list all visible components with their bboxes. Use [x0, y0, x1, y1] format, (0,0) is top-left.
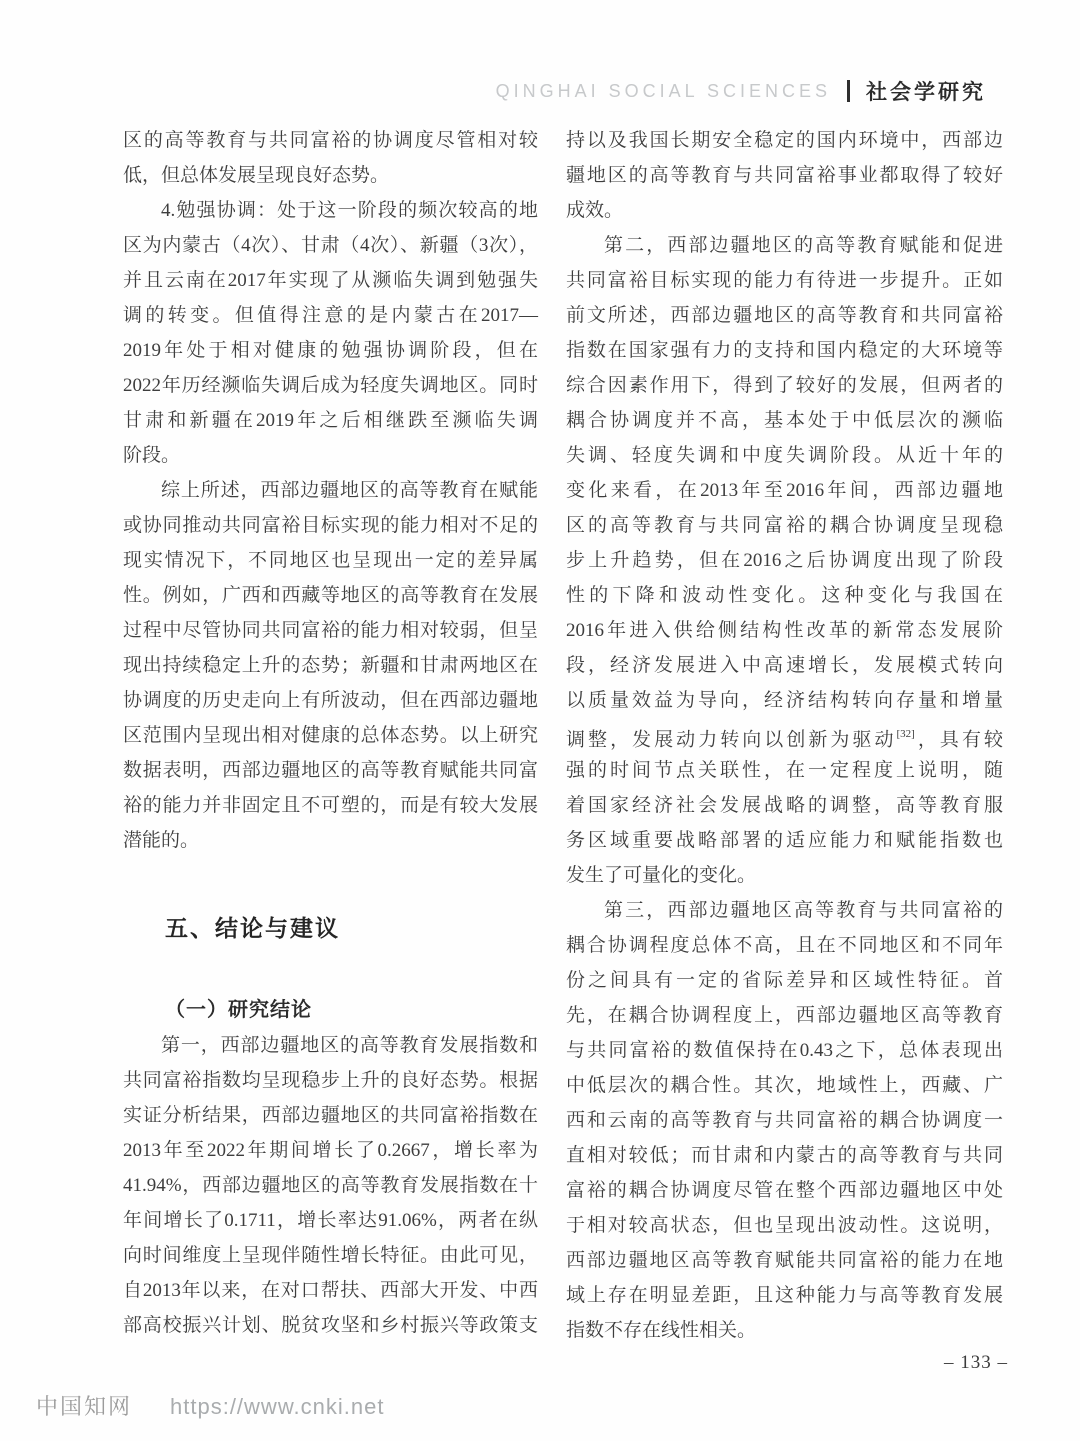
text-line: 第二，西部边疆地区的高等教育赋能和促进	[566, 228, 1003, 263]
text-line: 区的高等教育与共同富裕的协调度尽管相对较	[123, 123, 538, 158]
text-line: 调的转变。但值得注意的是内蒙古在2017—	[123, 298, 538, 333]
text-line: 低，但总体发展呈现良好态势。	[123, 158, 538, 193]
header-divider	[847, 80, 850, 102]
text-line: 疆地区的高等教育与共同富裕事业都取得了较好	[566, 158, 1003, 193]
text-line: 第一，西部边疆地区的高等教育发展指数和	[123, 1028, 538, 1063]
left-column: 区的高等教育与共同富裕的协调度尽管相对较低，但总体发展呈现良好态势。4.勉强协调…	[123, 123, 538, 1348]
text-line: 区范围内呈现出相对健康的总体态势。以上研究	[123, 718, 538, 753]
text-line: 持以及我国长期安全稳定的国内环境中，西部边	[566, 123, 1003, 158]
page-header: QINGHAI SOCIAL SCIENCES 社会学研究	[496, 76, 986, 106]
text-line: 或协同推动共同富裕目标实现的能力相对不足的	[123, 508, 538, 543]
text-line: 富裕的耦合协调度尽管在整个西部边疆地区中处	[566, 1173, 1003, 1208]
cnki-site-name: 中国知网	[36, 1390, 132, 1421]
text-line: 先，在耦合协调程度上，西部边疆地区高等教育	[566, 998, 1003, 1033]
text-line: 步上升趋势，但在2016之后协调度出现了阶段	[566, 543, 1003, 578]
text-line: 裕的能力并非固定且不可塑的，而是有较大发展	[123, 788, 538, 823]
text-line: 以质量效益为导向，经济结构转向存量和增量	[566, 683, 1003, 718]
section-heading: 五、结论与建议	[165, 908, 538, 948]
text-line: 共同富裕目标实现的能力有待进一步提升。正如	[566, 263, 1003, 298]
text-line: 域上存在明显差距，且这种能力与高等教育发展	[566, 1278, 1003, 1313]
text-line: 性。例如，广西和西藏等地区的高等教育在发展	[123, 578, 538, 613]
text-line: 向时间维度上呈现伴随性增长特征。由此可见，	[123, 1238, 538, 1273]
text-line: 第三，西部边疆地区高等教育与共同富裕的	[566, 893, 1003, 928]
text-line: 年间增长了0.1711，增长率达91.06%，两者在纵	[123, 1203, 538, 1238]
text-line: 务区域重要战略部署的适应能力和赋能指数也	[566, 823, 1003, 858]
text-line: 综上所述，西部边疆地区的高等教育在赋能	[123, 473, 538, 508]
text-line: 耦合协调度并不高，基本处于中低层次的濒临	[566, 403, 1003, 438]
text-line: 失调、轻度失调和中度失调阶段。从近十年的	[566, 438, 1003, 473]
text-line: 潜能的。	[123, 823, 538, 858]
text-line: 4.勉强协调：处于这一阶段的频次较高的地	[123, 193, 538, 228]
text-line: 强的时间节点关联性，在一定程度上说明，随	[566, 753, 1003, 788]
text-line: 前文所述，西部边疆地区的高等教育和共同富裕	[566, 298, 1003, 333]
text-line: 成效。	[566, 193, 1003, 228]
page-footer: 中国知网 https://www.cnki.net	[36, 1390, 384, 1421]
text-line: 现出持续稳定上升的态势；新疆和甘肃两地区在	[123, 648, 538, 683]
text-line: 区的高等教育与共同富裕的耦合协调度呈现稳	[566, 508, 1003, 543]
text-line: 西部边疆地区高等教育赋能共同富裕的能力在地	[566, 1243, 1003, 1278]
text-line: 甘肃和新疆在2019年之后相继跌至濒临失调	[123, 403, 538, 438]
text-line: 段，经济发展进入中高速增长，发展模式转向	[566, 648, 1003, 683]
text-line: 于相对较高状态，但也呈现出波动性。这说明，	[566, 1208, 1003, 1243]
text-line: 2019年处于相对健康的勉强协调阶段，但在	[123, 333, 538, 368]
text-line: 2016年进入供给侧结构性改革的新常态发展阶	[566, 613, 1003, 648]
text-line: 变化来看，在2013年至2016年间，西部边疆地	[566, 473, 1003, 508]
text-line: 共同富裕指数均呈现稳步上升的良好态势。根据	[123, 1063, 538, 1098]
journal-name-english: QINGHAI SOCIAL SCIENCES	[496, 81, 831, 102]
text-line: 与共同富裕的数值保持在0.43之下，总体表现出	[566, 1033, 1003, 1068]
right-column: 持以及我国长期安全稳定的国内环境中，西部边疆地区的高等教育与共同富裕事业都取得了…	[566, 123, 1003, 1348]
text-line: 性的下降和波动性变化。这种变化与我国在	[566, 578, 1003, 613]
text-line: 41.94%，西部边疆地区的高等教育发展指数在十	[123, 1168, 538, 1203]
cnki-site-url[interactable]: https://www.cnki.net	[170, 1394, 384, 1420]
text-line: 2022年历经濒临失调后成为轻度失调地区。同时	[123, 368, 538, 403]
text-line: 着国家经济社会发展战略的调整，高等教育服	[566, 788, 1003, 823]
text-line: 2013年至2022年期间增长了0.2667，增长率为	[123, 1133, 538, 1168]
journal-section-chinese: 社会学研究	[866, 76, 986, 106]
text-line: 西和云南的高等教育与共同富裕的耦合协调度一	[566, 1103, 1003, 1138]
text-line: 自2013年以来，在对口帮扶、西部大开发、中西	[123, 1273, 538, 1308]
journal-page: QINGHAI SOCIAL SCIENCES 社会学研究 区的高等教育与共同富…	[0, 0, 1080, 1441]
text-line: 发生了可量化的变化。	[566, 858, 1003, 893]
text-line: 直相对较低；而甘肃和内蒙古的高等教育与共同	[566, 1138, 1003, 1173]
text-line: 阶段。	[123, 438, 538, 473]
page-number: – 133 –	[944, 1352, 1008, 1374]
text-line: 数据表明，西部边疆地区的高等教育赋能共同富	[123, 753, 538, 788]
text-line: 指数不存在线性相关。	[566, 1313, 1003, 1348]
text-line: 指数在国家强有力的支持和国内稳定的大环境等	[566, 333, 1003, 368]
text-line: 区为内蒙古（4次）、甘肃（4次）、新疆（3次），	[123, 228, 538, 263]
text-line: 部高校振兴计划、脱贫攻坚和乡村振兴等政策支	[123, 1308, 538, 1343]
text-line: 过程中尽管协同共同富裕的能力相对较弱，但呈	[123, 613, 538, 648]
text-line: 耦合协调程度总体不高，且在不同地区和不同年	[566, 928, 1003, 963]
text-line: 并且云南在2017年实现了从濒临失调到勉强失	[123, 263, 538, 298]
text-line: 份之间具有一定的省际差异和区域性特征。首	[566, 963, 1003, 998]
text-line: 协调度的历史走向上有所波动，但在西部边疆地	[123, 683, 538, 718]
text-line: 中低层次的耦合性。其次，地域性上，西藏、广	[566, 1068, 1003, 1103]
text-line: 现实情况下，不同地区也呈现出一定的差异属	[123, 543, 538, 578]
citation-reference: [32]	[897, 728, 915, 740]
text-line: 实证分析结果，西部边疆地区的共同富裕指数在	[123, 1098, 538, 1133]
subsection-heading: （一）研究结论	[165, 993, 538, 1028]
article-body: 区的高等教育与共同富裕的协调度尽管相对较低，但总体发展呈现良好态势。4.勉强协调…	[123, 123, 1003, 1348]
text-line: 调整，发展动力转向以创新为驱动[32]，具有较	[566, 718, 1003, 753]
text-line: 综合因素作用下，得到了较好的发展，但两者的	[566, 368, 1003, 403]
